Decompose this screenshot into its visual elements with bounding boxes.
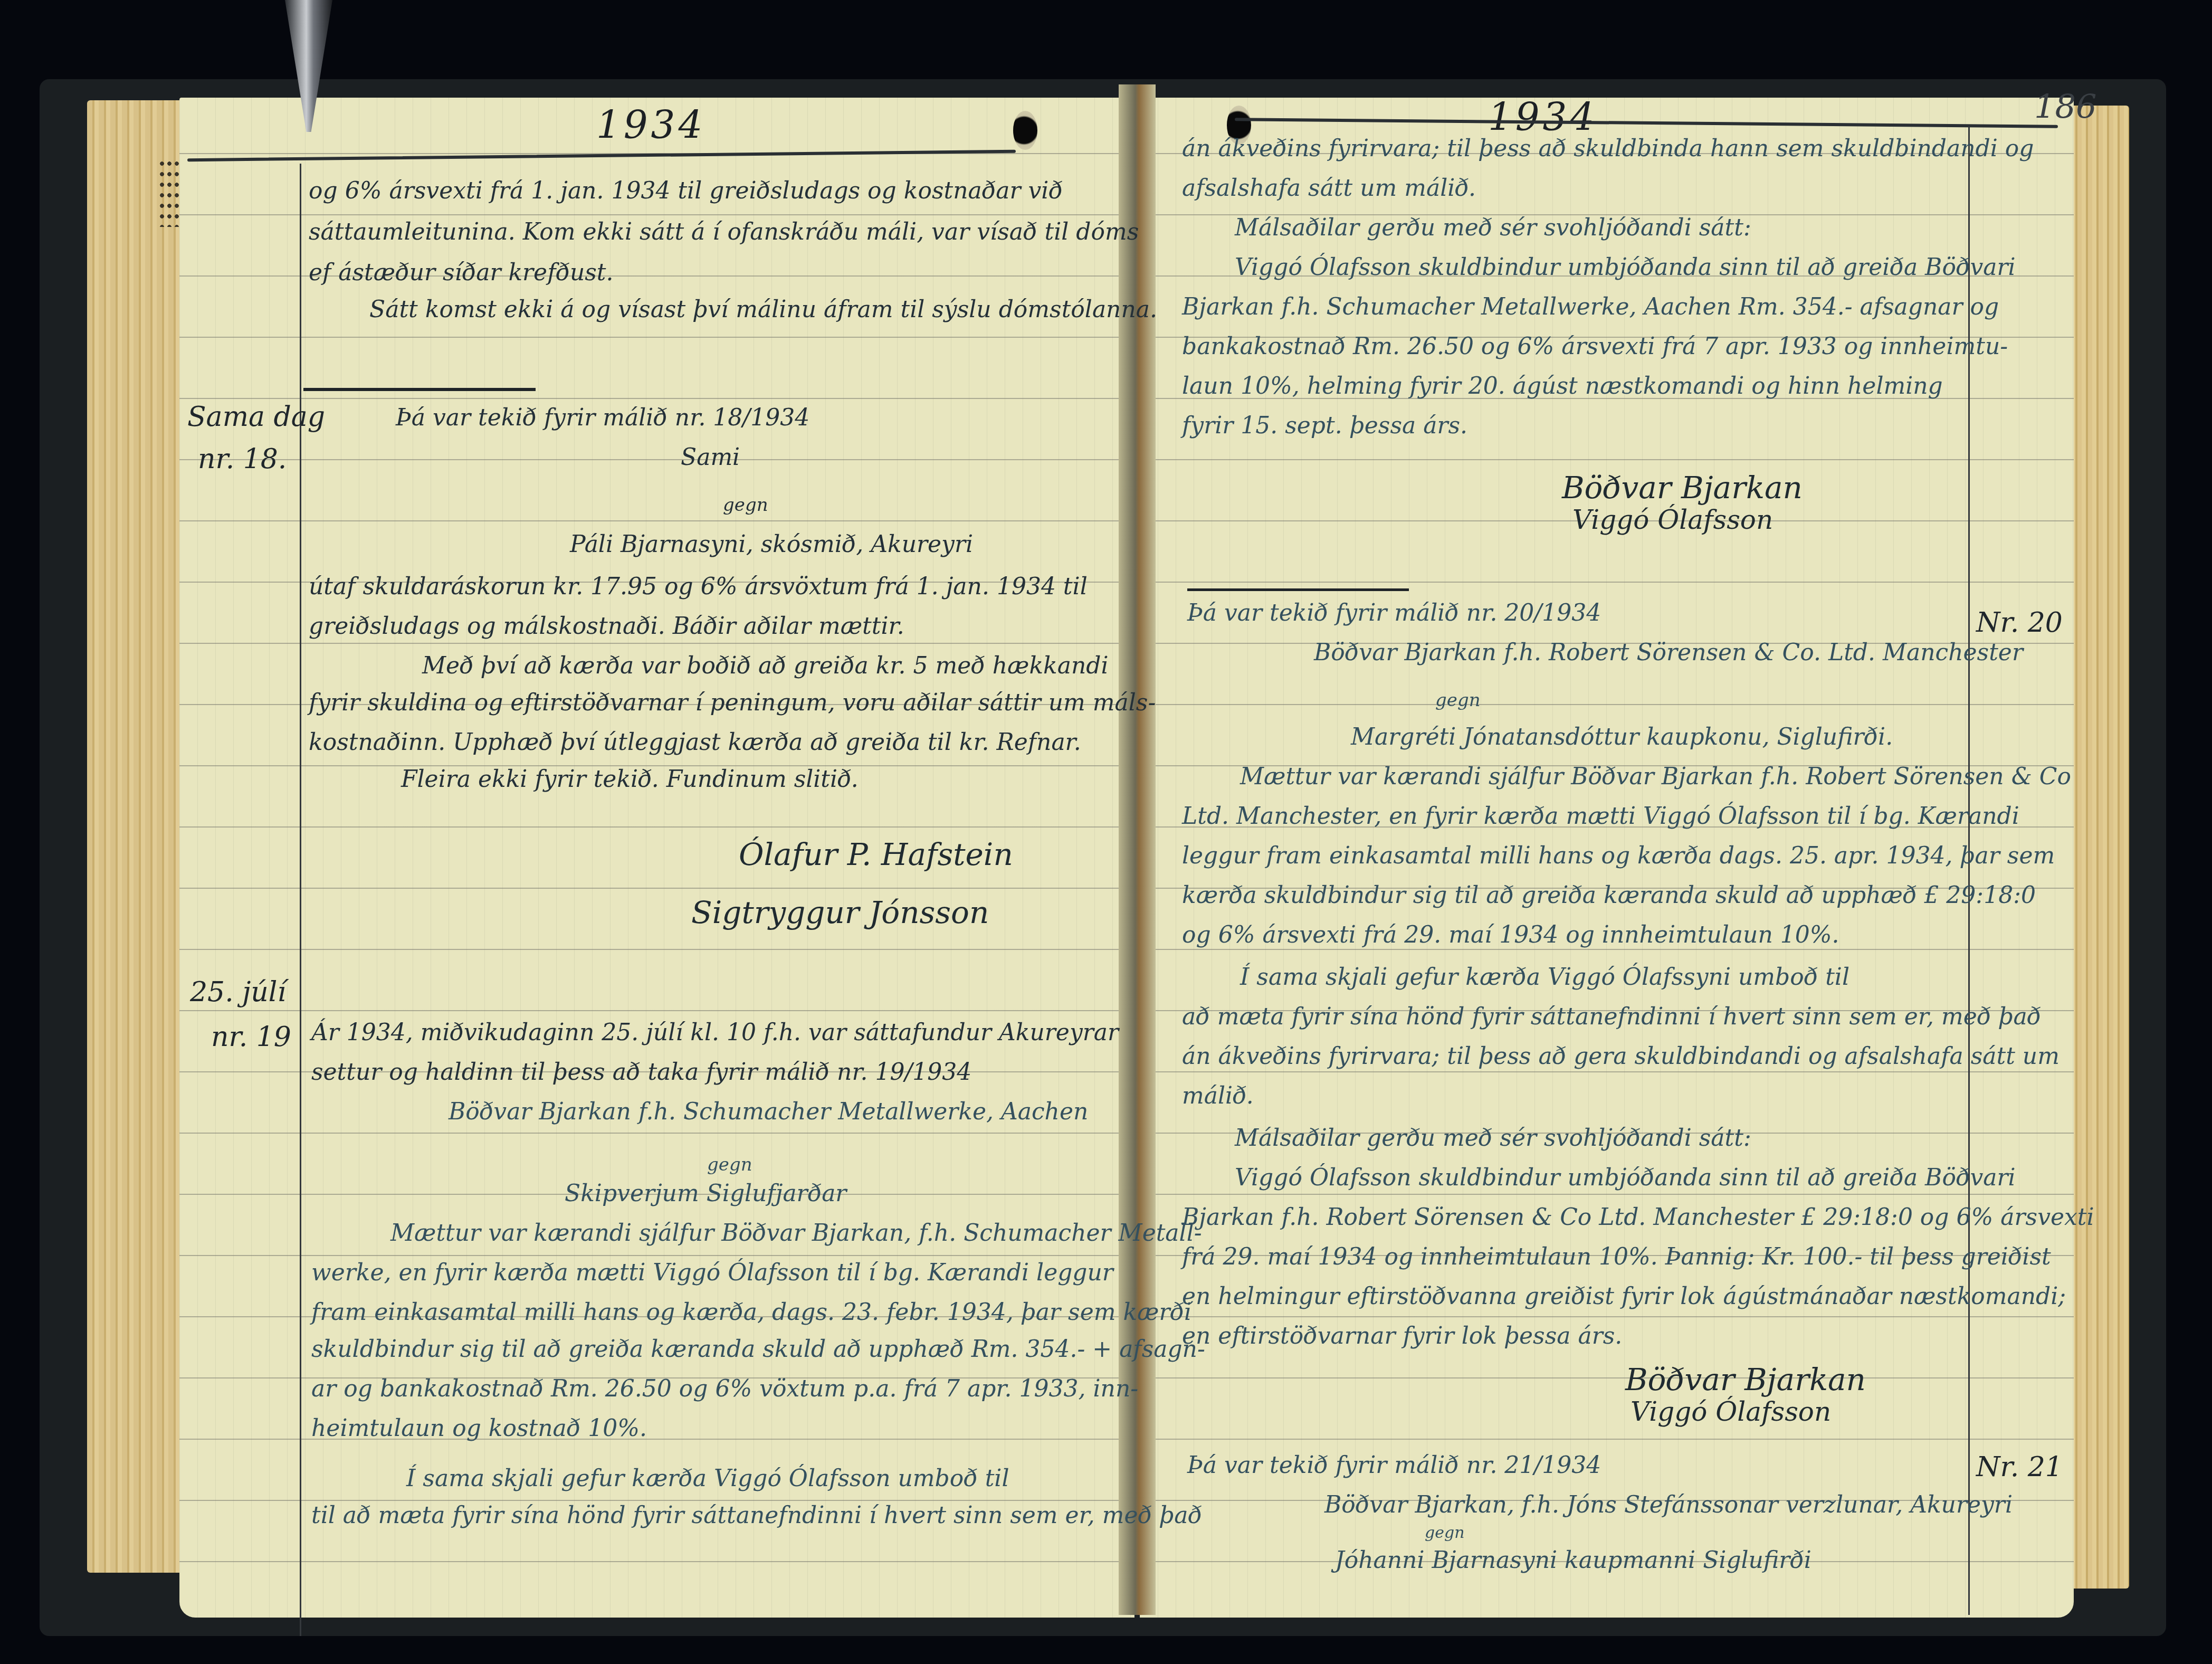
text-line: málið. bbox=[1182, 1085, 1254, 1108]
margin-note-case-number: Nr. 20 bbox=[1976, 607, 2063, 639]
margin-note-date: 25. júlí bbox=[190, 976, 286, 1008]
defendant: Páli Bjarnasyni, skósmið, Akureyri bbox=[570, 533, 973, 556]
margin-note-date: Sama dag bbox=[187, 401, 325, 433]
defendant: Margréti Jónatansdóttur kaupkonu, Sigluf… bbox=[1351, 726, 1893, 749]
page-number: 186 bbox=[2034, 87, 2096, 126]
text-line: Í sama skjali gefur kærða Viggó Ólafsson… bbox=[406, 1467, 1009, 1490]
right-page-year: 1934 bbox=[1488, 95, 1597, 139]
text-line: ar og bankakostnað Rm. 26.50 og 6% vöxtu… bbox=[311, 1377, 1138, 1401]
text-line: Bjarkan f.h. Robert Sörensen & Co Ltd. M… bbox=[1182, 1206, 2094, 1229]
text-line: Ár 1934, miðvikudaginn 25. júlí kl. 10 f… bbox=[311, 1021, 1119, 1044]
text-line: að mæta fyrir sína hönd fyrir sáttanefnd… bbox=[1182, 1005, 2041, 1029]
text-line: Málsaðilar gerðu með sér svohljóðandi sá… bbox=[1235, 216, 1751, 240]
signature: Sigtryggur Jónsson bbox=[691, 897, 989, 928]
text-line: Viggó Ólafsson skuldbindur umbjóðanda si… bbox=[1235, 256, 2016, 279]
signature: Böðvar Bjarkan bbox=[1625, 1364, 1866, 1395]
text-line: fyrir skuldina og eftirstöðvarnar í peni… bbox=[309, 691, 1156, 715]
text-line: frá 29. maí 1934 og innheimtulaun 10%. Þ… bbox=[1182, 1245, 2051, 1269]
text-line: Fleira ekki fyrir tekið. Fundinum slitið… bbox=[401, 768, 859, 791]
plaintiff: Böðvar Bjarkan, f.h. Jóns Stefánssonar v… bbox=[1324, 1494, 2013, 1517]
text-line: Bjarkan f.h. Schumacher Metallwerke, Aac… bbox=[1182, 296, 1999, 319]
signature: Ólafur P. Hafstein bbox=[739, 839, 1013, 870]
text-line: leggur fram einkasamtal milli hans og kæ… bbox=[1182, 844, 2055, 868]
plaintiff: Böðvar Bjarkan f.h. Schumacher Metallwer… bbox=[449, 1100, 1088, 1124]
left-page-year: 1934 bbox=[596, 103, 705, 147]
text-line: án ákveðins fyrirvara; til þess að skuld… bbox=[1182, 137, 2034, 160]
versus-label: gegn bbox=[723, 496, 768, 514]
text-line: og 6% ársvexti frá 29. maí 1934 og innhe… bbox=[1182, 924, 1839, 947]
plaintiff: Böðvar Bjarkan f.h. Robert Sörensen & Co… bbox=[1314, 641, 2023, 664]
text-line: sáttaumleitunina. Kom ekki sátt á í ofan… bbox=[309, 221, 1139, 244]
text-line: og 6% ársvexti frá 1. jan. 1934 til grei… bbox=[309, 179, 1063, 203]
text-line: settur og haldinn til þess að taka fyrir… bbox=[311, 1061, 971, 1084]
defendant: Jóhanni Bjarnasyni kaupmanni Siglufirði bbox=[1335, 1549, 1811, 1572]
text-line: ef ástæður síðar krefðust. bbox=[309, 261, 614, 284]
text-line: heimtulaun og kostnað 10%. bbox=[311, 1417, 647, 1440]
text-line: Mættur var kærandi sjálfur Böðvar Bjarka… bbox=[390, 1222, 1202, 1245]
text-line: Sátt komst ekki á og vísast því málinu á… bbox=[369, 298, 1157, 321]
text-line: fyrir 15. sept. þessa árs. bbox=[1182, 414, 1467, 438]
case-heading: Þá var tekið fyrir málið nr. 21/1934 bbox=[1187, 1454, 1601, 1477]
text-line: bankakostnað Rm. 26.50 og 6% ársvexti fr… bbox=[1182, 335, 2008, 358]
text-line: kostnaðinn. Upphæð því útleggjast kærða … bbox=[309, 731, 1081, 754]
text-line: laun 10%, helming fyrir 20. ágúst næstko… bbox=[1182, 375, 1943, 398]
margin-note-case-number: Nr. 21 bbox=[1976, 1451, 2063, 1483]
punch-hole-left bbox=[1013, 111, 1037, 150]
text-line: skuldbindur sig til að greiða kæranda sk… bbox=[311, 1338, 1205, 1361]
page-edges-left bbox=[87, 100, 182, 1573]
margin-note-case-number: nr. 19 bbox=[211, 1021, 291, 1053]
text-line: kærða skuldbindur sig til að greiða kæra… bbox=[1182, 884, 2036, 907]
text-line: Í sama skjali gefur kærða Viggó Ólafssyn… bbox=[1240, 966, 1849, 989]
versus-label: gegn bbox=[707, 1156, 752, 1174]
text-line: Viggó Ólafsson skuldbindur umbjóðanda si… bbox=[1235, 1166, 2016, 1190]
separator-rule bbox=[303, 388, 536, 391]
text-line: Málsaðilar gerðu með sér svohljóðandi sá… bbox=[1235, 1127, 1751, 1150]
text-line: Ltd. Manchester, en fyrir kærða mætti Vi… bbox=[1182, 805, 2019, 828]
page-edges-right bbox=[2071, 106, 2129, 1589]
versus-label: gegn bbox=[1435, 691, 1481, 709]
plaintiff: Sami bbox=[681, 446, 740, 469]
ink-stains bbox=[158, 158, 179, 227]
signature: Viggó Ólafsson bbox=[1572, 507, 1773, 533]
text-line: til að mæta fyrir sína hönd fyrir sáttan… bbox=[311, 1504, 1202, 1527]
text-line: en eftirstöðvarnar fyrir lok þessa árs. bbox=[1182, 1325, 1622, 1348]
text-line: en helmingur eftirstöðvanna greiðist fyr… bbox=[1182, 1285, 2066, 1308]
text-line: Mættur var kærandi sjálfur Böðvar Bjarka… bbox=[1240, 765, 2071, 788]
text-line: án ákveðins fyrirvara; til þess að gera … bbox=[1182, 1045, 2060, 1068]
left-margin-column-rule bbox=[300, 164, 301, 1636]
text-line: útaf skuldaráskorun kr. 17.95 og 6% ársv… bbox=[309, 575, 1088, 598]
case-heading: Þá var tekið fyrir málið nr. 20/1934 bbox=[1187, 602, 1601, 625]
versus-label: gegn bbox=[1425, 1525, 1464, 1541]
text-line: greiðsludags og málskostnaði. Báðir aðil… bbox=[309, 615, 904, 638]
defendant: Skipverjum Siglufjarðar bbox=[565, 1182, 846, 1205]
text-line: werke, en fyrir kærða mætti Viggó Ólafss… bbox=[311, 1261, 1113, 1285]
separator-rule bbox=[1187, 588, 1409, 591]
text-line: Með því að kærða var boðið að greiða kr.… bbox=[422, 654, 1109, 678]
case-heading: Þá var tekið fyrir málið nr. 18/1934 bbox=[396, 406, 809, 430]
margin-note-case-number: nr. 18. bbox=[198, 443, 287, 475]
text-line: afsalshafa sátt um málið. bbox=[1182, 177, 1476, 200]
signature: Böðvar Bjarkan bbox=[1562, 472, 1803, 503]
signature: Viggó Ólafsson bbox=[1631, 1399, 1831, 1425]
text-line: fram einkasamtal milli hans og kærða, da… bbox=[311, 1301, 1191, 1324]
